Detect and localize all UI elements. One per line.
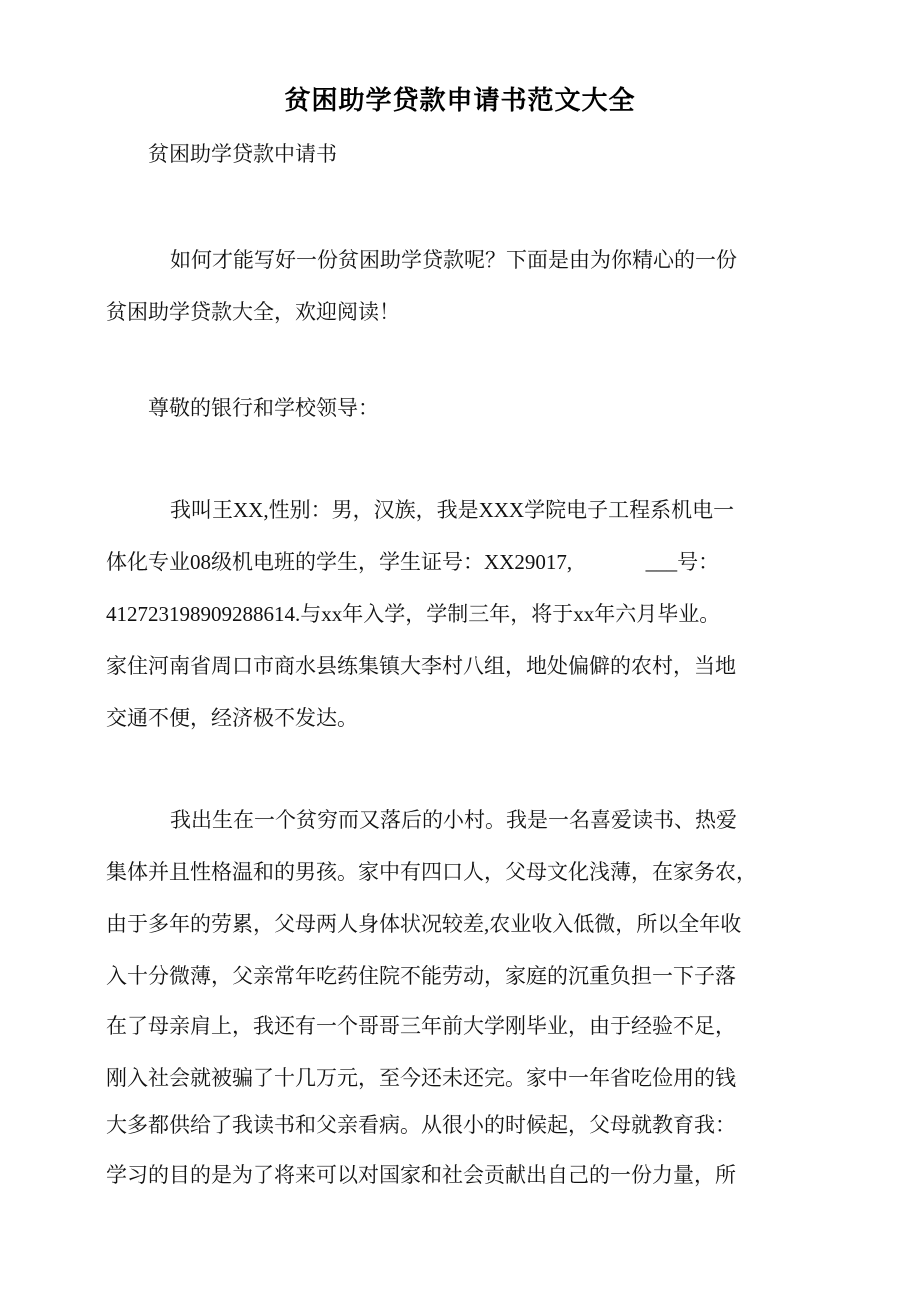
identity-paragraph-line-4: 家住河南省周口市商水县练集镇大李村八组，地处偏僻的农村，当地 bbox=[106, 651, 736, 681]
family-paragraph-line-7: 大多都供给了我读书和父亲看病。从很小的时候起，父母就教育我： bbox=[106, 1110, 736, 1140]
family-paragraph-line-6: 刚入社会就被骗了十几万元，至今还未还完。家中一年省吃俭用的钱 bbox=[106, 1063, 736, 1093]
identity-paragraph-line-3: 412723198909288614.与xx年入学，学制三年，将于xx年六月毕业… bbox=[106, 599, 720, 629]
identity-paragraph-line-1: 我叫王XX,性别：男，汉族，我是XXX学院电子工程系机电一 bbox=[170, 495, 734, 525]
intro-line-2: 贫困助学贷款大全，欢迎阅读！ bbox=[106, 297, 400, 327]
family-paragraph-line-1: 我出生在一个贫穷而又落后的小村。我是一名喜爱读书、热爱 bbox=[170, 805, 737, 835]
family-paragraph-line-8: 学习的目的是为了将来可以对国家和社会贡献出自己的一份力量，所 bbox=[106, 1160, 736, 1190]
identity-paragraph-line-2: 体化专业08级机电班的学生，学生证号：XX29017, ___号： bbox=[106, 547, 719, 577]
family-paragraph-line-3: 由于多年的劳累，父母两人身体状况较差,农业收入低微，所以全年收 bbox=[106, 909, 741, 939]
family-paragraph-line-2: 集体并且性格温和的男孩。家中有四口人，父母文化浅薄，在家务农， bbox=[106, 857, 757, 887]
document-title: 贫困助学贷款申请书范文大全 bbox=[0, 84, 920, 116]
family-paragraph-line-4: 入十分微薄，父亲常年吃药住院不能劳动，家庭的沉重负担一下子落 bbox=[106, 961, 736, 991]
intro-line-1: 如何才能写好一份贫困助学贷款呢？下面是由为你精心的一份 bbox=[170, 245, 737, 275]
salutation-line: 尊敬的银行和学校领导： bbox=[148, 393, 379, 423]
document-page: 贫困助学贷款申请书范文大全 贫困助学贷款中请书 如何才能写好一份贫困助学贷款呢？… bbox=[0, 0, 920, 1301]
identity-paragraph-line-5: 交通不便，经济极不发达。 bbox=[106, 703, 358, 733]
family-paragraph-line-5: 在了母亲肩上，我还有一个哥哥三年前大学刚毕业，由于经验不足， bbox=[106, 1011, 736, 1041]
document-subtitle: 贫困助学贷款中请书 bbox=[148, 139, 337, 169]
